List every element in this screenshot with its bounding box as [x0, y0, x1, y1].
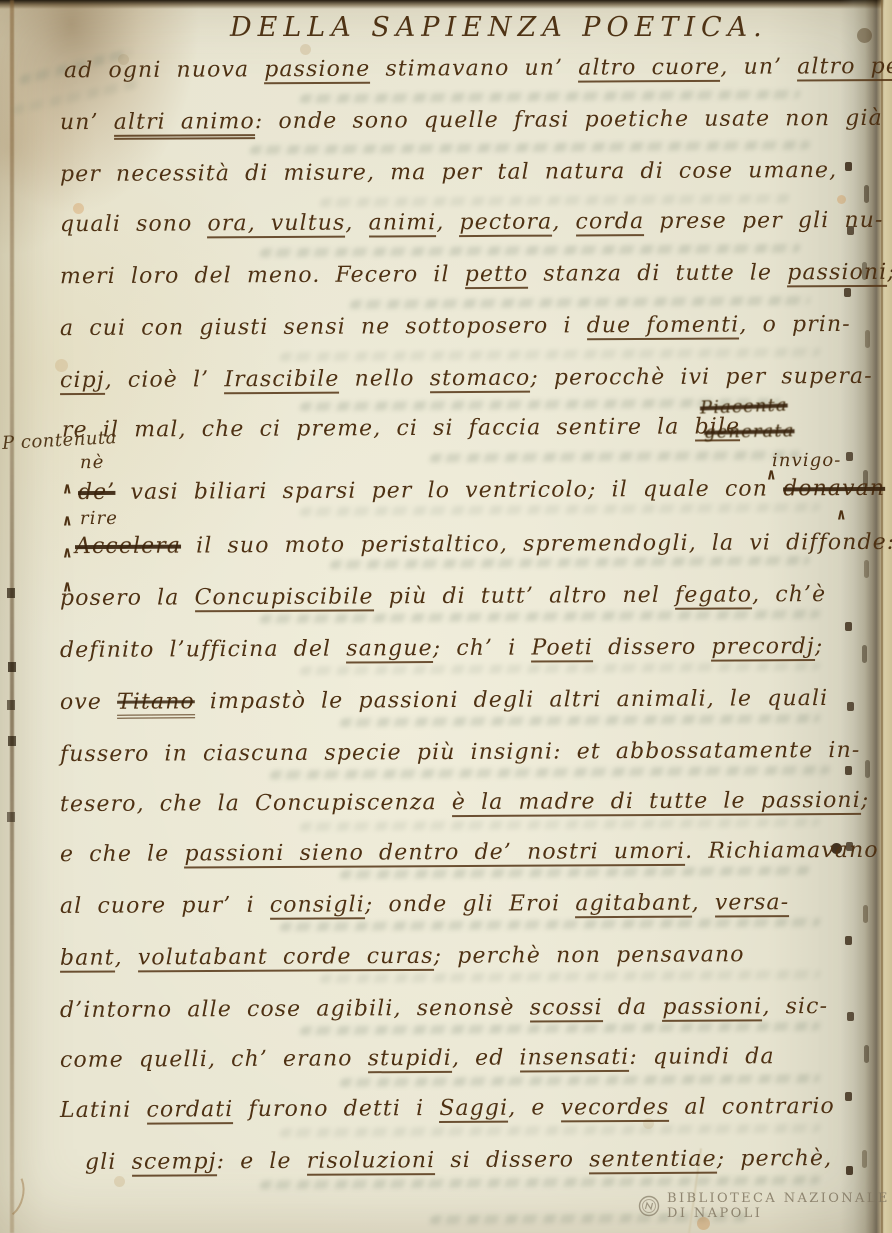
- underlined-text: passioni sieno dentro de’ nostri umori: [184, 839, 685, 869]
- text-segment: ; perchè non pensavano: [434, 942, 745, 969]
- caret-insertion-mark: ∧: [62, 545, 73, 563]
- left-edge-ink-marks: [7, 0, 15, 10]
- text-segment: , ch’è: [752, 582, 826, 607]
- underlined-text: agitabant: [575, 891, 691, 919]
- underlined-text: scempj: [132, 1149, 217, 1176]
- manuscript-line: cipj, cioè l’ Irascibile nello stomaco; …: [60, 364, 873, 393]
- manuscript-line: come quelli, ch’ erano stupidi, ed insen…: [60, 1044, 775, 1073]
- text-segment: il suo moto peristaltico, spremendogli, …: [181, 530, 892, 559]
- text-segment: , cioè l’: [105, 367, 225, 393]
- text-segment: ad ogni nuova: [64, 57, 264, 83]
- underlined-text: sententiae: [589, 1147, 717, 1175]
- bleed-through-line: [329, 556, 810, 569]
- manuscript-line: Latini cordati furono detti i Saggi, e v…: [60, 1094, 835, 1123]
- underlined-text: consigli: [270, 892, 365, 919]
- gutter-stitch-line: [881, 0, 883, 1233]
- text-segment: nè: [80, 452, 105, 473]
- text-segment: vasi biliari sparsi per lo ventricolo; i…: [115, 476, 783, 504]
- bleed-through-line: [279, 918, 820, 932]
- manuscript-page: DELLA SAPIENZA POETICA. P contenuta ad o…: [0, 0, 892, 1233]
- text-segment: a cui con giusti sensi ne sottoposero i: [60, 313, 587, 341]
- bleed-through-line: [319, 194, 790, 207]
- caret-insertion-mark: ∧: [766, 467, 777, 485]
- underlined-text: cordati: [146, 1097, 233, 1124]
- text-segment: meri loro del meno. Fecero il: [60, 262, 465, 289]
- underlined-text: ora, vultus: [207, 211, 345, 239]
- text-segment: ; onde gli Eroi: [365, 891, 576, 917]
- text-segment: ; ch’ i: [433, 636, 532, 662]
- text-segment: : e le: [217, 1149, 307, 1174]
- text-segment: Latini: [60, 1098, 147, 1123]
- double-underlined-text: altri animo: [114, 109, 255, 140]
- text-segment: , ed: [452, 1045, 520, 1070]
- underlined-text: altro cuore: [578, 55, 720, 83]
- underlined-text: versa-: [715, 890, 790, 917]
- manuscript-line: ad ogni nuova passione stimavano un’ alt…: [64, 54, 892, 84]
- underlined-text: passioni: [787, 260, 887, 288]
- text-segment: definito l’ufficina del: [60, 636, 346, 662]
- underlined-text: sangue: [346, 636, 433, 663]
- text-segment: ;: [815, 634, 824, 659]
- book-gutter: [840, 0, 892, 1233]
- bleed-through-line: [339, 1074, 820, 1087]
- underlined-text: due fomenti: [587, 313, 740, 341]
- text-segment: rire: [80, 508, 118, 529]
- text-segment: più di tutt’ altro nel: [374, 583, 676, 610]
- underlined-text: altro petto: [797, 54, 892, 82]
- page-title: DELLA SAPIENZA POETICA.: [230, 12, 690, 43]
- bleed-through-line: [299, 1022, 820, 1036]
- underlined-text: Concupiscibile: [194, 584, 373, 612]
- underlined-text: risoluzioni: [307, 1148, 436, 1176]
- text-segment: si dissero: [435, 1147, 589, 1173]
- caret-insertion-mark: ∧: [62, 579, 73, 597]
- struck-text: generata: [704, 420, 795, 443]
- bottom-left-damage-mark: [0, 1166, 30, 1223]
- bleed-through-line: [349, 296, 810, 309]
- text-segment: al cuore pur’ i: [60, 893, 270, 919]
- manuscript-line: meri loro del meno. Fecero il petto stan…: [60, 260, 892, 289]
- manuscript-line: fussero in ciascuna specie più insigni: …: [60, 738, 860, 767]
- bleed-through-line: [279, 348, 820, 362]
- text-segment: invigo-: [772, 450, 842, 471]
- underlined-text: Irascibile: [224, 367, 339, 395]
- text-segment: . Richiamavano: [685, 838, 879, 864]
- text-segment: d’intorno alle cose agibili, senonsè: [60, 996, 530, 1023]
- bleed-through-line: [429, 450, 800, 462]
- manuscript-line: d’intorno alle cose agibili, senonsè sco…: [60, 994, 828, 1023]
- text-segment: , sic-: [762, 994, 828, 1019]
- underlined-text: petto: [465, 262, 529, 289]
- text-segment: fussero in ciascuna specie più insigni: …: [60, 738, 860, 767]
- text-segment: stanza di tutte le: [528, 260, 787, 286]
- text-segment: un’: [60, 110, 114, 135]
- manuscript-line: a cui con giusti sensi ne sottoposero i …: [60, 312, 851, 341]
- bleed-through-line: [259, 1176, 820, 1190]
- underlined-text: volutabant corde curas: [138, 944, 434, 973]
- text-segment: , un’: [720, 54, 797, 79]
- manuscript-line: ove Titano impastò le passioni degli alt…: [60, 686, 828, 715]
- manuscript-line: al cuore pur’ i consigli; onde gli Eroi …: [60, 890, 789, 919]
- underlined-text: Saggi: [439, 1096, 508, 1123]
- text-segment: impastò le passioni degli altri animali,…: [195, 686, 829, 714]
- manuscript-line: quali sono ora, vultus, animi, pectora, …: [60, 208, 884, 237]
- underlined-text: corda: [575, 209, 644, 236]
- foxing-spots: [0, 0, 7, 7]
- bleed-through-line: [339, 866, 810, 879]
- stamp-emblem-icon: [638, 1195, 660, 1217]
- text-segment: prese per gli nu-: [644, 208, 883, 234]
- underlined-text: è la madre di tutte le passioni: [452, 788, 861, 817]
- text-segment: come quelli, ch’ erano: [60, 1046, 368, 1073]
- underlined-text: pectora: [459, 210, 552, 237]
- manuscript-line: de’ vasi biliari sparsi per lo ventricol…: [78, 476, 885, 505]
- underlined-text: cipj: [60, 368, 105, 395]
- text-segment: al contrario: [669, 1094, 835, 1120]
- bleed-through-line: [259, 610, 820, 624]
- interlinear-insertion: nè: [80, 452, 105, 473]
- underlined-text: passione: [264, 57, 370, 85]
- caret-insertion-mark: ∧: [62, 513, 73, 531]
- gutter-shadow-streaks: [862, 0, 867, 18]
- text-segment: quali sono: [60, 211, 208, 237]
- underlined-text: insensati: [519, 1045, 629, 1073]
- text-segment: ;: [887, 260, 892, 285]
- text-segment: stimavano un’: [370, 56, 578, 82]
- manuscript-line: Accelera il suo moto peristaltico, sprem…: [75, 530, 892, 559]
- text-segment: gli: [85, 1150, 132, 1175]
- text-segment: e che le: [60, 841, 185, 867]
- text-segment: ;: [861, 788, 870, 813]
- interlinear-insertion: invigo-: [772, 450, 842, 471]
- text-segment: , o prin-: [739, 312, 851, 338]
- underlined-text: passioni: [662, 994, 762, 1022]
- text-segment: nello: [339, 366, 429, 391]
- bleed-through-line: [299, 818, 820, 832]
- manuscript-line: per necessità di misure, ma per tal natu…: [60, 158, 837, 187]
- underlined-text: stomaco: [430, 366, 531, 394]
- underlined-text: fegato: [675, 582, 752, 609]
- bleed-through-line: [259, 244, 800, 258]
- underlined-text: scossi: [530, 995, 603, 1022]
- underlined-text: bant: [60, 946, 115, 973]
- struck-text: Piacenta: [700, 394, 788, 418]
- manuscript-line: posero la Concupiscibile più di tutt’ al…: [60, 582, 826, 611]
- scribbled-correction: Piacenta: [700, 394, 788, 418]
- struck-underlined-text: Titano: [117, 689, 195, 718]
- caret-insertion-mark: ∧: [62, 481, 73, 499]
- text-segment: furono detti i: [233, 1096, 439, 1122]
- text-segment: ove: [60, 690, 117, 715]
- text-segment: ; perocchè ivi per supera-: [530, 364, 873, 391]
- caret-insertion-mark: ∧: [836, 507, 847, 525]
- underlined-text: stupidi: [368, 1046, 452, 1073]
- interlinear-insertion: rire: [80, 508, 118, 529]
- struck-text: donavan: [783, 476, 885, 502]
- text-segment: ,: [115, 945, 138, 970]
- text-segment: : quindi da: [629, 1044, 774, 1070]
- text-segment: per necessità di misure, ma per tal natu…: [60, 158, 837, 187]
- scribbled-correction: generata: [704, 420, 795, 443]
- text-segment: ; perchè,: [717, 1146, 833, 1172]
- underlined-text: Poeti: [531, 635, 593, 662]
- struck-text: Accelera: [75, 534, 181, 560]
- bleed-through-line: [339, 714, 820, 727]
- bleed-through-line: [279, 1124, 820, 1138]
- underlined-text: animi: [369, 210, 437, 237]
- struck-text: de’: [78, 480, 116, 505]
- page-top-edge: [0, 0, 892, 9]
- underlined-text: precordj: [711, 634, 815, 662]
- text-segment: dissero: [593, 635, 712, 661]
- manuscript-line: re il mal, che ci preme, ci si faccia se…: [62, 414, 740, 443]
- text-segment: ,: [345, 211, 368, 236]
- manuscript-line: e che le passioni sieno dentro de’ nostr…: [60, 838, 879, 867]
- text-segment: tesero, che la Concupiscenza: [60, 790, 452, 817]
- bleed-through-line: [319, 970, 820, 983]
- library-stamp: Biblioteca Nazionale di Napoli: [638, 1191, 892, 1221]
- text-segment: da: [603, 995, 663, 1020]
- text-segment: ,: [692, 890, 715, 915]
- text-segment: : onde sono quelle frasi poetiche usate …: [255, 106, 883, 134]
- text-segment: , e: [508, 1095, 561, 1120]
- underlined-text: vecordes: [561, 1095, 670, 1123]
- stamp-text: Biblioteca Nazionale di Napoli: [667, 1191, 892, 1221]
- manuscript-line: un’ altri animo: onde sono quelle frasi …: [60, 106, 883, 135]
- bleed-through-line: [299, 503, 820, 517]
- text-segment: re il mal, che ci preme, ci si faccia se…: [62, 414, 695, 442]
- bleed-through-line: [269, 766, 830, 780]
- manuscript-line: bant, volutabant corde curas; perchè non…: [60, 942, 745, 971]
- text-segment: ,: [436, 210, 459, 235]
- text-segment: ,: [552, 209, 575, 234]
- page-left-edge: [10, 0, 14, 1233]
- bleed-through-line: [299, 662, 820, 676]
- text-segment: posero la: [60, 585, 195, 611]
- manuscript-line: gli scempj: e le risoluzioni si dissero …: [85, 1146, 832, 1175]
- gutter-ink-marks: [845, 0, 852, 9]
- manuscript-line: tesero, che la Concupiscenza è la madre …: [60, 788, 869, 817]
- manuscript-line: definito l’ufficina del sangue; ch’ i Po…: [60, 634, 823, 663]
- bleed-through-line: [249, 141, 810, 155]
- bleed-through-line: [299, 90, 800, 103]
